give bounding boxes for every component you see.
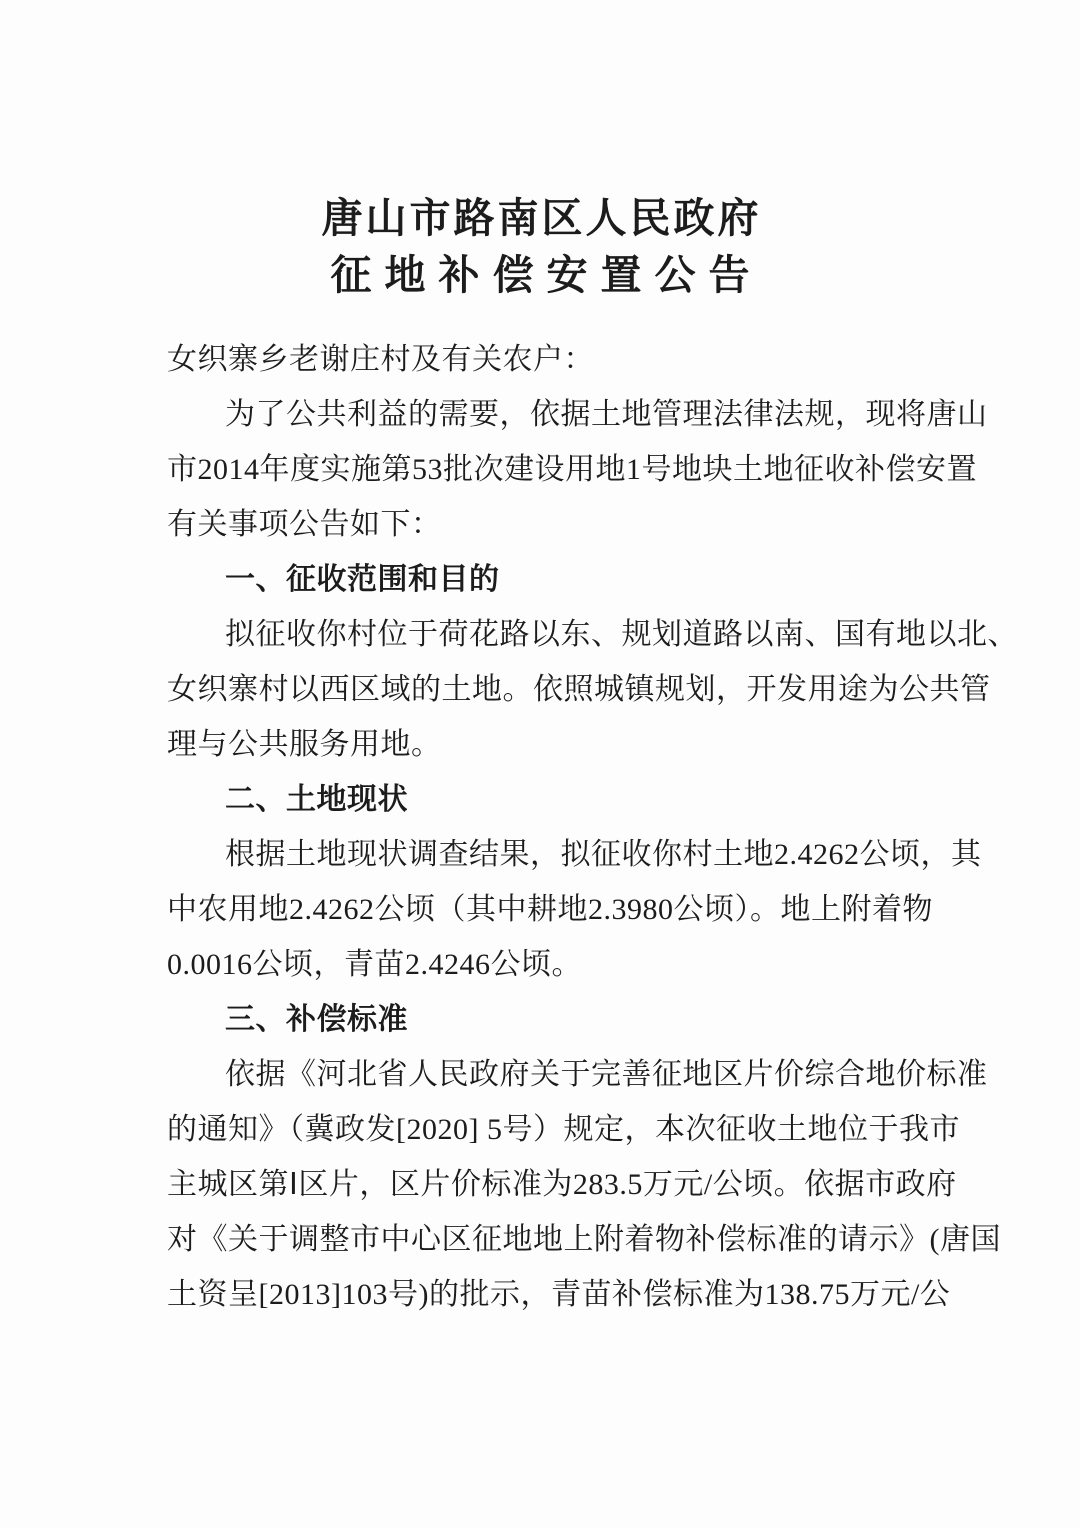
notice-line: 一、征收范围和目的 [167,552,933,607]
notice-line: 女织寨村以西区域的土地。依照城镇规划，开发用途为公共管 [167,662,933,717]
notice-line: 根据土地现状调查结果，拟征收你村土地2.4262公顷，其 [167,827,933,882]
notice-line: 理与公共服务用地。 [167,717,933,772]
notice-body: 女织寨乡老谢庄村及有关农户：为了公共利益的需要，依据土地管理法律法规，现将唐山市… [167,332,933,1322]
notice-page: 唐山市路南区人民政府 征地补偿安置公告 女织寨乡老谢庄村及有关农户：为了公共利益… [0,0,1080,1528]
notice-line: 依据《河北省人民政府关于完善征地区片价综合地价标准 [167,1047,933,1102]
notice-line: 市2014年度实施第53批次建设用地1号地块土地征收补偿安置 [167,442,933,497]
notice-line: 主城区第Ⅰ区片，区片价标准为283.5万元/公顷。依据市政府 [167,1157,933,1212]
notice-line: 有关事项公告如下： [167,497,933,552]
notice-line: 为了公共利益的需要，依据土地管理法律法规，现将唐山 [167,387,933,442]
notice-line: 二、土地现状 [167,772,933,827]
notice-line: 对《关于调整市中心区征地地上附着物补偿标准的请示》(唐国 [167,1212,933,1267]
notice-title-line1: 唐山市路南区人民政府 [0,194,1080,242]
notice-line: 女织寨乡老谢庄村及有关农户： [167,332,933,387]
notice-line: 中农用地2.4262公顷（其中耕地2.3980公顷）。地上附着物 [167,882,933,937]
notice-title: 唐山市路南区人民政府 征地补偿安置公告 [0,0,1080,299]
notice-line: 的通知》（冀政发[2020] 5号）规定，本次征收土地位于我市 [167,1102,933,1157]
notice-title-line2: 征地补偿安置公告 [0,251,1080,299]
notice-line: 拟征收你村位于荷花路以东、规划道路以南、国有地以北、 [167,607,933,662]
notice-line: 三、补偿标准 [167,992,933,1047]
notice-line: 土资呈[2013]103号)的批示，青苗补偿标准为138.75万元/公 [167,1267,933,1322]
notice-line: 0.0016公顷，青苗2.4246公顷。 [167,937,933,992]
